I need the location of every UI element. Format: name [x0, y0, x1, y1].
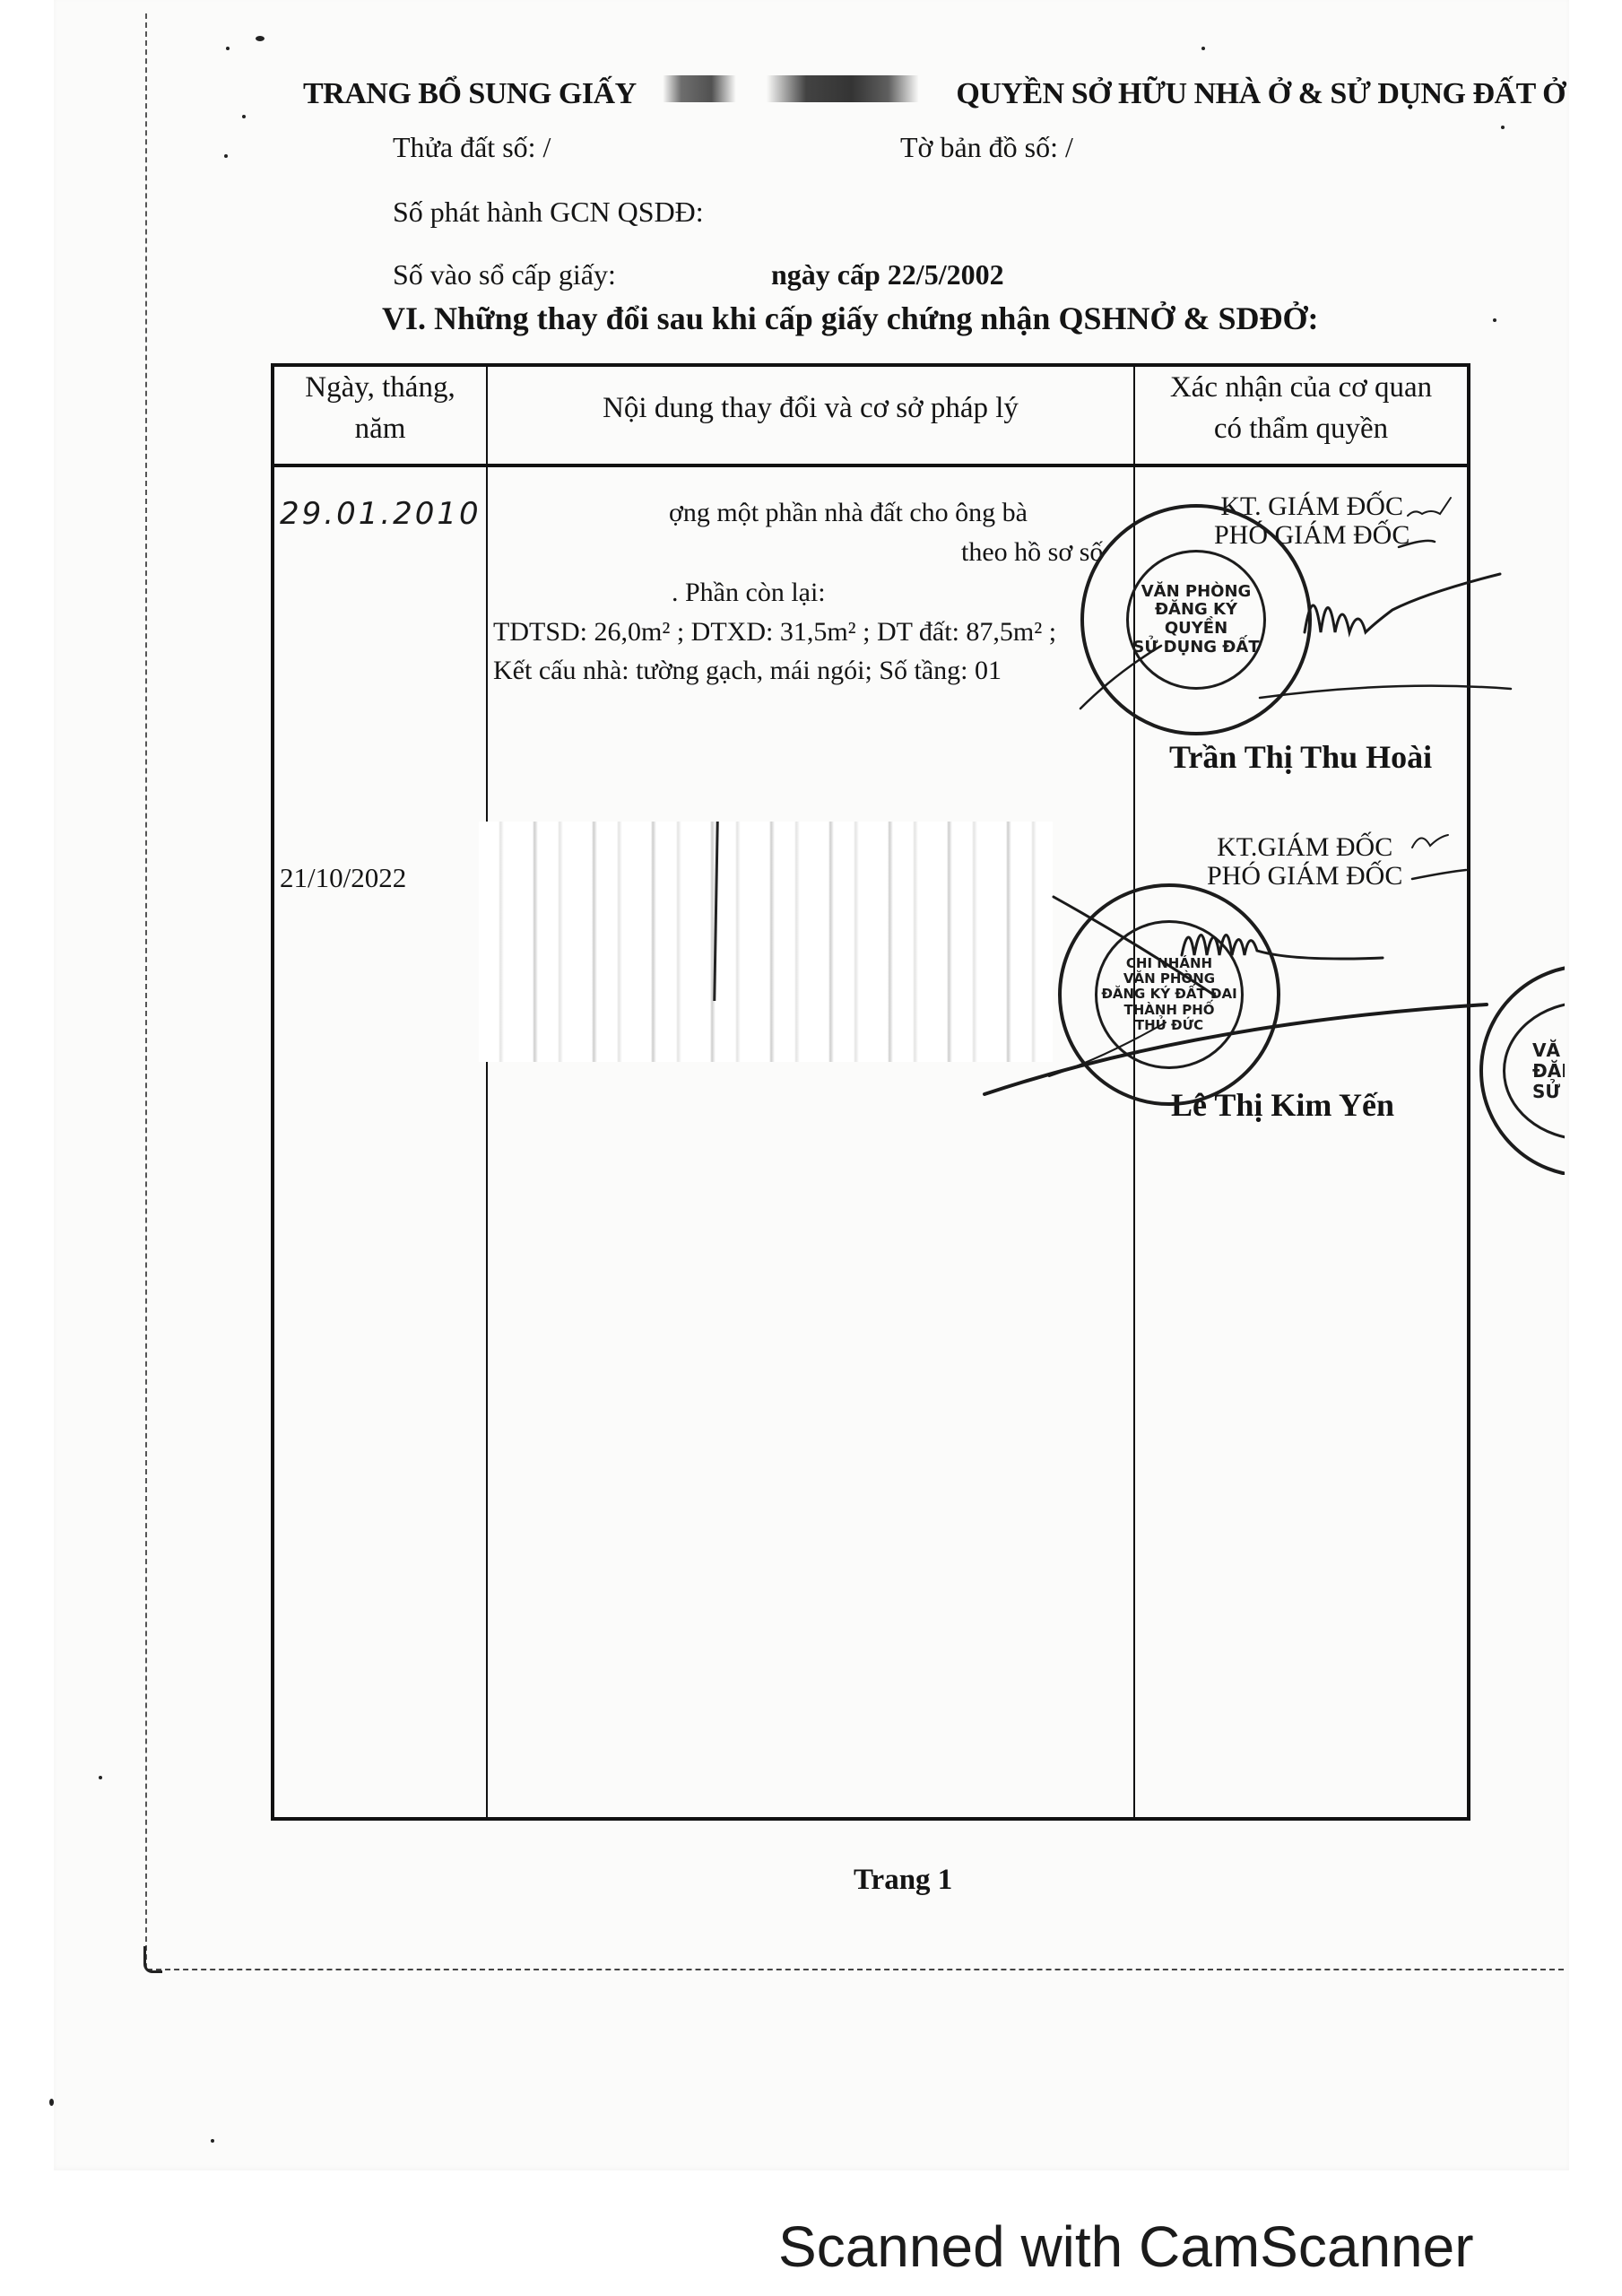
partial-stamp-line-1: VĂ: [1532, 1040, 1560, 1061]
row-1-content-line-5: Kết cấu nhà: tường gạch, mái ngói; Số tầ…: [493, 656, 1002, 686]
header-content-label: Nội dung thay đổi và cơ sở pháp lý: [488, 367, 1133, 449]
stamp-1-line-3: SỬ DỤNG ĐẤT: [1132, 639, 1259, 657]
row-2-content-redaction: [479, 822, 1053, 1062]
scan-speck: [224, 154, 228, 158]
stamp-2-line-2: VĂN PHÒNG: [1123, 971, 1215, 987]
header-authority-line2: có thẩm quyền: [1135, 408, 1467, 449]
parcel-number-field: Thửa đất số: /: [393, 131, 551, 164]
stamp-2-line-5: THỦ ĐỨC: [1135, 1018, 1203, 1033]
scan-speck: [226, 47, 230, 50]
scan-speck: [1201, 47, 1205, 50]
stamp-2-line-4: THÀNH PHỐ: [1123, 1003, 1214, 1018]
row-content-cell: ợng một phần nhà đất cho ông bà theo hồ …: [487, 465, 1134, 1819]
page-bottom-border: [147, 1969, 1564, 1970]
title-left: TRANG BỔ SUNG GIẤY: [303, 77, 635, 110]
row-2-authority-line2: PHÓ GIÁM ĐỐC: [1207, 862, 1402, 891]
partial-stamp-line-3: SỬ: [1532, 1082, 1560, 1102]
scan-speck: [256, 36, 265, 41]
page-corner: [143, 1946, 162, 1973]
partial-stamp-line-2: ĐĂN: [1532, 1061, 1565, 1082]
row-1-content-line-2: theo hồ sơ số: [961, 537, 1103, 568]
row-1-content-line-3: . Phần còn lại:: [672, 578, 826, 608]
official-stamp-2010: VĂN PHÒNG ĐĂNG KÝ QUYỀN SỬ DỤNG ĐẤT: [1080, 504, 1312, 735]
row-1-content-line-1: ợng một phần nhà đất cho ông bà: [669, 498, 1028, 528]
title-right: QUYỀN SỞ HỮU NHÀ Ở & SỬ DỤNG ĐẤT Ở: [956, 77, 1566, 110]
header-date-line1: Ngày, tháng,: [274, 367, 486, 408]
page-number: Trang 1: [854, 1864, 952, 1897]
stamp-1-line-2: ĐĂNG KÝ QUYỀN: [1129, 601, 1263, 638]
header-date: Ngày, tháng, năm: [273, 365, 487, 465]
camscanner-watermark: Scanned with CamScanner: [778, 2213, 1474, 2280]
header-date-line2: năm: [274, 408, 486, 449]
section-heading: VI. Những thay đổi sau khi cấp giấy chứn…: [382, 300, 1318, 337]
stamp-2-line-3: ĐĂNG KÝ ĐẤT ĐAI: [1101, 987, 1236, 1002]
header-content: Nội dung thay đổi và cơ sở pháp lý: [487, 365, 1134, 465]
partial-stamp-right: VĂ ĐĂN SỬ: [1479, 964, 1565, 1175]
header-authority-line1: Xác nhận của cơ quan: [1135, 367, 1467, 408]
title-redaction-smear: [638, 75, 943, 102]
scan-speck: [211, 2139, 214, 2143]
scan-speck: [242, 115, 246, 118]
row-2-authority-title: KT.GIÁM ĐỐC PHÓ GIÁM ĐỐC: [1207, 833, 1402, 891]
scan-speck: [99, 1776, 102, 1779]
official-stamp-2022: CHI NHÁNH VĂN PHÒNG ĐĂNG KÝ ĐẤT ĐAI THÀN…: [1058, 883, 1280, 1106]
scan-speck: [49, 2099, 54, 2106]
scan-speck: [1501, 126, 1505, 129]
row-1-signer-name: Trần Thị Thu Hoài: [1169, 738, 1432, 776]
row-2-date: 21/10/2022: [280, 862, 406, 894]
issue-date-field: ngày cấp 22/5/2002: [771, 258, 1004, 291]
header-authority: Xác nhận của cơ quan có thẩm quyền: [1134, 365, 1469, 465]
stamp-2-line-1: CHI NHÁNH: [1126, 956, 1212, 971]
registry-number-field: Số vào sổ cấp giấy:: [393, 258, 616, 291]
row-1-date: 29.01.2010: [280, 496, 481, 532]
row-date-cell: 29.01.2010 21/10/2022: [273, 465, 487, 1819]
map-sheet-number-field: Tờ bản đồ số: /: [900, 131, 1073, 164]
row-2-authority-line1: KT.GIÁM ĐỐC: [1207, 833, 1402, 862]
row-1-content-line-4: TDTSD: 26,0m² ; DTXD: 31,5m² ; DT đất: 8…: [493, 617, 1056, 648]
stamp-1-line-1: VĂN PHÒNG: [1141, 583, 1252, 602]
issue-serial-field: Số phát hành GCN QSDĐ:: [393, 196, 704, 229]
scan-speck: [1493, 318, 1496, 322]
page-left-border: [145, 13, 147, 1969]
